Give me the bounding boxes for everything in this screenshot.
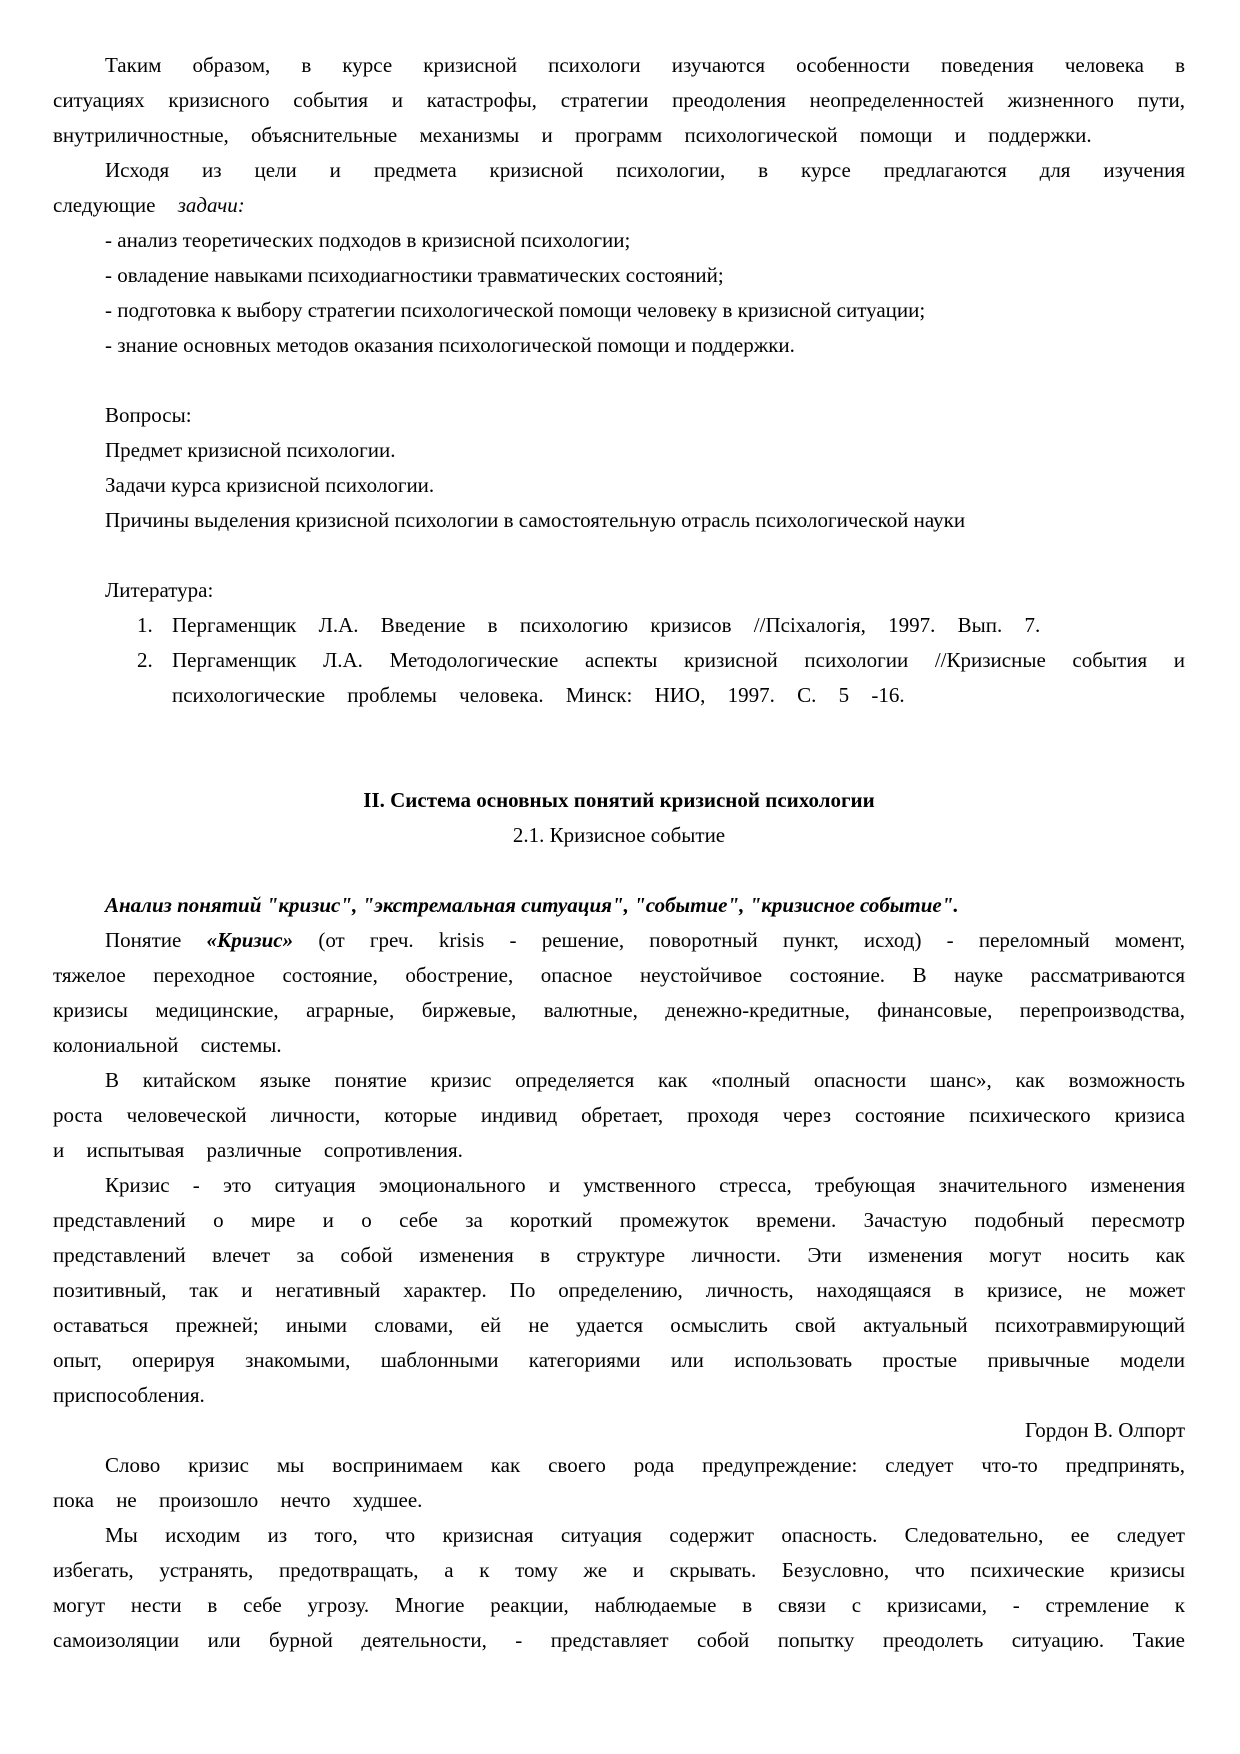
text-run: 2.1. Кризисное событие xyxy=(513,823,725,847)
text-run: Пергаменщик Л.А. Введение в психологию к… xyxy=(172,613,1040,637)
text-run: Вопросы: xyxy=(105,403,192,427)
text-run: - знание основных методов оказания психо… xyxy=(105,333,795,357)
blank-line-spacer xyxy=(53,713,1185,783)
paragraph-chinese-crisis: В китайском языке понятие кризис определ… xyxy=(53,1063,1185,1168)
task-item: - овладение навыками психодиагностики тр… xyxy=(53,258,1185,293)
text-run: Литература: xyxy=(105,578,213,602)
text-run: Мы исходим из того, что кризисная ситуац… xyxy=(53,1523,1185,1652)
questions-label: Вопросы: xyxy=(53,398,1185,433)
reference-item: 2.Пергаменщик Л.А. Методологические аспе… xyxy=(137,643,1185,713)
paragraph-crisis-warning: Слово кризис мы воспринимаем как своего … xyxy=(53,1448,1185,1518)
text-run: Причины выделения кризисной психологии в… xyxy=(105,508,965,532)
blank-line-spacer xyxy=(53,853,1185,888)
paragraph-crisis-definition: Понятие «Кризис» (от греч. krisis - реше… xyxy=(53,923,1185,1063)
intro-paragraph: Таким образом, в курсе кризисной психоло… xyxy=(53,48,1185,153)
section-heading: II. Система основных понятий кризисной п… xyxy=(53,783,1185,818)
task-item: - подготовка к выбору стратегии психолог… xyxy=(53,293,1185,328)
paragraph-crisis-stress: Кризис - это ситуация эмоционального и у… xyxy=(53,1168,1185,1413)
text-run: Понятие xyxy=(105,928,207,952)
text-run: Предмет кризисной психологии. xyxy=(105,438,396,462)
blank-line-spacer xyxy=(53,363,1185,398)
reference-number: 1. xyxy=(137,608,172,643)
text-run: - овладение навыками психодиагностики тр… xyxy=(105,263,724,287)
text-run: Кризис - это ситуация эмоционального и у… xyxy=(53,1173,1185,1407)
document-body: Таким образом, в курсе кризисной психоло… xyxy=(53,48,1185,1658)
reference-number: 2. xyxy=(137,643,172,713)
task-item: - знание основных методов оказания психо… xyxy=(53,328,1185,363)
text-run: «Кризис» xyxy=(207,928,294,952)
subsection-heading: 2.1. Кризисное событие xyxy=(53,818,1185,853)
text-run: В китайском языке понятие кризис определ… xyxy=(53,1068,1185,1162)
reference-text: Пергаменщик Л.А. Методологические аспект… xyxy=(172,643,1185,713)
reference-item: 1.Пергаменщик Л.А. Введение в психологию… xyxy=(137,608,1185,643)
text-run: - анализ теоретических подходов в кризис… xyxy=(105,228,630,252)
text-run: задачи: xyxy=(178,193,245,217)
text-run: Таким образом, в курсе кризисной психоло… xyxy=(53,53,1185,147)
attribution: Гордон В. Олпорт xyxy=(53,1413,1185,1448)
question-item: Причины выделения кризисной психологии в… xyxy=(53,503,1185,538)
analysis-lead: Анализ понятий "кризис", "экстремальная … xyxy=(53,888,1185,923)
task-item: - анализ теоретических подходов в кризис… xyxy=(53,223,1185,258)
question-item: Задачи курса кризисной психологии. xyxy=(53,468,1185,503)
paragraph-crisis-danger: Мы исходим из того, что кризисная ситуац… xyxy=(53,1518,1185,1658)
literature-label: Литература: xyxy=(53,573,1185,608)
text-run: - подготовка к выбору стратегии психолог… xyxy=(105,298,925,322)
tasks-intro-paragraph: Исходя из цели и предмета кризисной псих… xyxy=(53,153,1185,223)
text-run: Пергаменщик Л.А. Методологические аспект… xyxy=(172,648,1185,707)
text-run: Гордон В. Олпорт xyxy=(1025,1418,1185,1442)
question-item: Предмет кризисной психологии. xyxy=(53,433,1185,468)
reference-text: Пергаменщик Л.А. Введение в психологию к… xyxy=(172,608,1185,643)
text-run: Слово кризис мы воспринимаем как своего … xyxy=(53,1453,1185,1512)
text-run: II. Система основных понятий кризисной п… xyxy=(363,788,874,812)
text-run: Анализ понятий "кризис", "экстремальная … xyxy=(105,893,959,917)
text-run: Задачи курса кризисной психологии. xyxy=(105,473,434,497)
document-page: Таким образом, в курсе кризисной психоло… xyxy=(0,0,1240,1754)
blank-line-spacer xyxy=(53,538,1185,573)
